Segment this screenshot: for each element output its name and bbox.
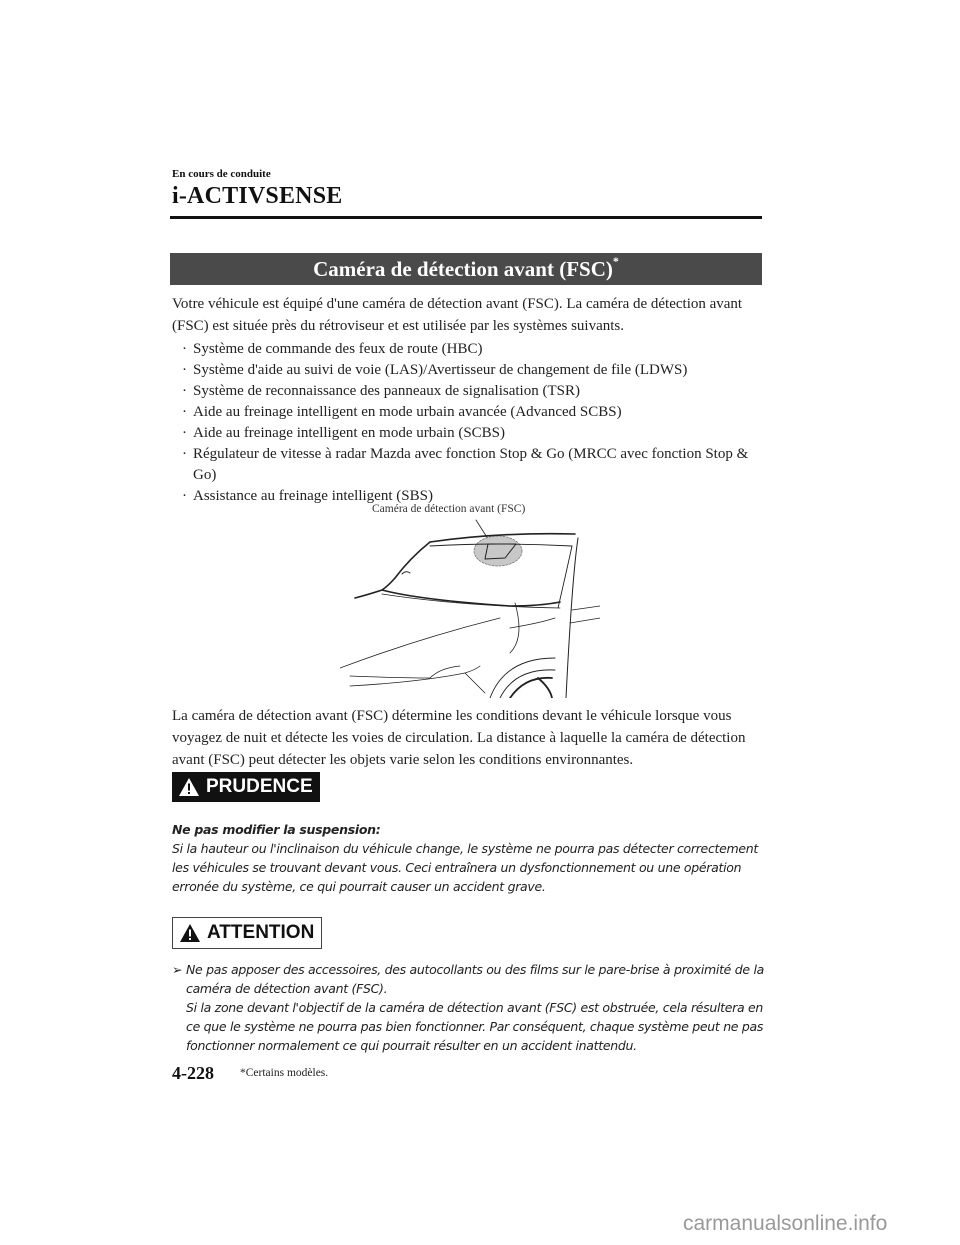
header-rule xyxy=(170,216,762,219)
warning-triangle-icon xyxy=(178,777,200,797)
list-item: ·Aide au freinage intelligent en mode ur… xyxy=(182,423,772,444)
attention-body: Si la zone devant l'objectif de la camér… xyxy=(186,998,772,1055)
bullet-icon: · xyxy=(182,360,187,381)
attention-label: ATTENTION xyxy=(207,922,314,944)
intro-paragraph: Votre véhicule est équipé d'une caméra d… xyxy=(172,293,762,337)
bullet-icon: · xyxy=(182,486,187,507)
prudence-body: Si la hauteur ou l'inclinaison du véhicu… xyxy=(172,839,772,896)
list-item-text: Système de reconnaissance des panneaux d… xyxy=(193,383,580,399)
list-item-text: Aide au freinage intelligent en mode urb… xyxy=(193,404,622,420)
systems-list: ·Système de commande des feux de route (… xyxy=(182,339,772,507)
attention-lead: Ne pas apposer des accessoires, des auto… xyxy=(186,960,772,998)
warning-triangle-icon xyxy=(179,923,201,943)
bullet-icon: · xyxy=(182,339,187,360)
chapter-title: i-ACTIVSENSE xyxy=(172,183,342,210)
bullet-icon: · xyxy=(182,381,187,402)
prudence-badge: PRUDENCE xyxy=(172,772,320,802)
list-item-text: Système de commande des feux de route (H… xyxy=(193,341,483,357)
list-item-text: Régulateur de vitesse à radar Mazda avec… xyxy=(193,446,748,483)
prudence-title: Ne pas modifier la suspension: xyxy=(172,820,772,839)
list-item: ·Système de commande des feux de route (… xyxy=(182,339,772,360)
attention-block: ➢ Ne pas apposer des accessoires, des au… xyxy=(172,960,772,1055)
list-item-text: Aide au freinage intelligent en mode urb… xyxy=(193,425,505,441)
list-item: ·Aide au freinage intelligent en mode ur… xyxy=(182,402,772,423)
list-item: ·Système d'aide au suivi de voie (LAS)/A… xyxy=(182,360,772,381)
attention-badge: ATTENTION xyxy=(172,917,322,949)
banner-asterisk: * xyxy=(613,254,619,268)
conditions-paragraph: La caméra de détection avant (FSC) déter… xyxy=(172,705,762,771)
footnote: *Certains modèles. xyxy=(240,1067,328,1079)
prudence-label: PRUDENCE xyxy=(206,776,313,798)
bullet-icon: · xyxy=(182,444,187,465)
section-banner: Caméra de détection avant (FSC)* xyxy=(170,253,762,285)
page-number: 4-228 xyxy=(172,1063,214,1084)
list-item: ·Système de reconnaissance des panneaux … xyxy=(182,381,772,402)
banner-title: Caméra de détection avant (FSC) xyxy=(313,257,613,281)
section-label: En cours de conduite xyxy=(172,168,271,180)
watermark: carmanualsonline.info xyxy=(683,1212,887,1236)
list-item: ·Régulateur de vitesse à radar Mazda ave… xyxy=(182,444,772,486)
list-item-text: Système d'aide au suivi de voie (LAS)/Av… xyxy=(193,362,687,378)
windshield-camera-illustration xyxy=(340,498,600,698)
bullet-icon: · xyxy=(182,402,187,423)
arrow-bullet-icon: ➢ xyxy=(172,960,182,979)
bullet-icon: · xyxy=(182,423,187,444)
figure-caption: Caméra de détection avant (FSC) xyxy=(372,503,525,515)
